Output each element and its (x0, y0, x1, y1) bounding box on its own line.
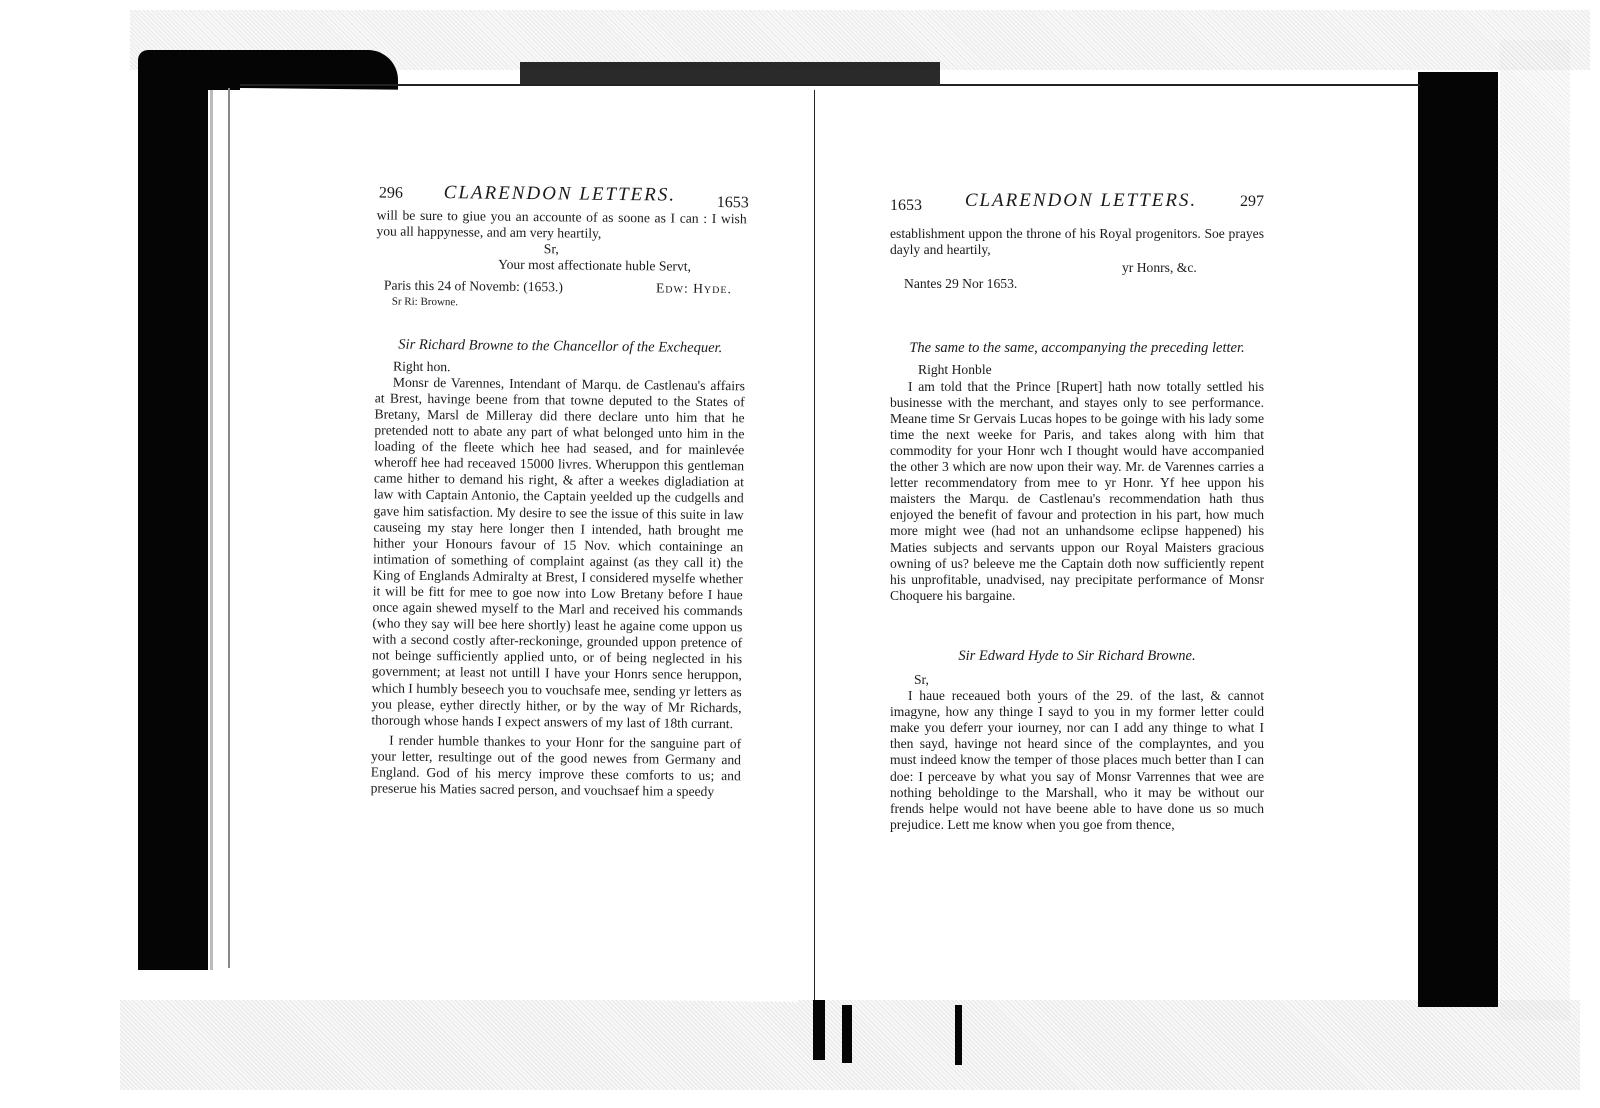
page-number: 297 (1240, 193, 1264, 211)
left-text-block: will be sure to giue you an accounte of … (371, 207, 747, 800)
right-running-header: 1653 CLARENDON LETTERS. 297 (890, 190, 1264, 212)
scan-noise-right (1500, 40, 1570, 1020)
continuation-text: establishment uppon the throne of his Ro… (890, 226, 1264, 258)
letter-paragraph-1: Monsr de Varennes, Intendant of Marqu. d… (371, 374, 745, 732)
letter3-salutation: Sr, (890, 672, 1264, 688)
signature: Edw: Hyde. (656, 281, 746, 298)
page-stack-edge (210, 90, 213, 970)
left-page: 296 CLARENDON LETTERS. 1653 will be sure… (230, 88, 807, 1002)
spine-mark-3 (955, 1005, 962, 1065)
closing-line: Your most affectionate huble Servt, (376, 256, 746, 276)
letter2-paragraph: I am told that the Prince [Rupert] hath … (890, 379, 1264, 604)
gutter-line (814, 90, 815, 1000)
letter2-heading: The same to the same, accompanying the p… (890, 340, 1264, 356)
page-number: 296 (379, 184, 403, 202)
header-year: 1653 (890, 197, 922, 215)
letter3-paragraph: I haue receaued both yours of the 29. of… (890, 688, 1264, 833)
letter-paragraph-2: I render humble thankes to your Honr for… (371, 732, 742, 800)
place-date: Paris this 24 of Novemb: (1653.) (376, 278, 563, 296)
cover-top-mid (520, 62, 940, 84)
running-title: CLARENDON LETTERS. (965, 190, 1197, 212)
letter3-heading: Sir Edward Hyde to Sir Richard Browne. (890, 648, 1264, 664)
top-page-edge (240, 84, 1420, 86)
letter2-salutation: Right Honble (890, 362, 1264, 378)
right-page: 1653 CLARENDON LETTERS. 297 establishmen… (818, 92, 1414, 996)
left-running-header: 296 CLARENDON LETTERS. 1653 (379, 181, 749, 207)
page-stack-edge-2 (228, 88, 230, 968)
cover-left (138, 70, 208, 970)
spine-mark-1 (813, 1000, 825, 1060)
spine-mark-2 (842, 1005, 852, 1063)
right-text-block: establishment uppon the throne of his Ro… (890, 226, 1264, 833)
header-year: 1653 (717, 194, 749, 212)
running-title: CLARENDON LETTERS. (444, 182, 677, 206)
closing-line: yr Honrs, &c. (890, 260, 1264, 276)
place-date: Nantes 29 Nor 1653. (890, 276, 1264, 292)
continuation-text: will be sure to giue you an accounte of … (376, 207, 746, 243)
cover-right (1418, 72, 1498, 1007)
letter-heading: Sir Richard Browne to the Chancellor of … (375, 336, 745, 356)
